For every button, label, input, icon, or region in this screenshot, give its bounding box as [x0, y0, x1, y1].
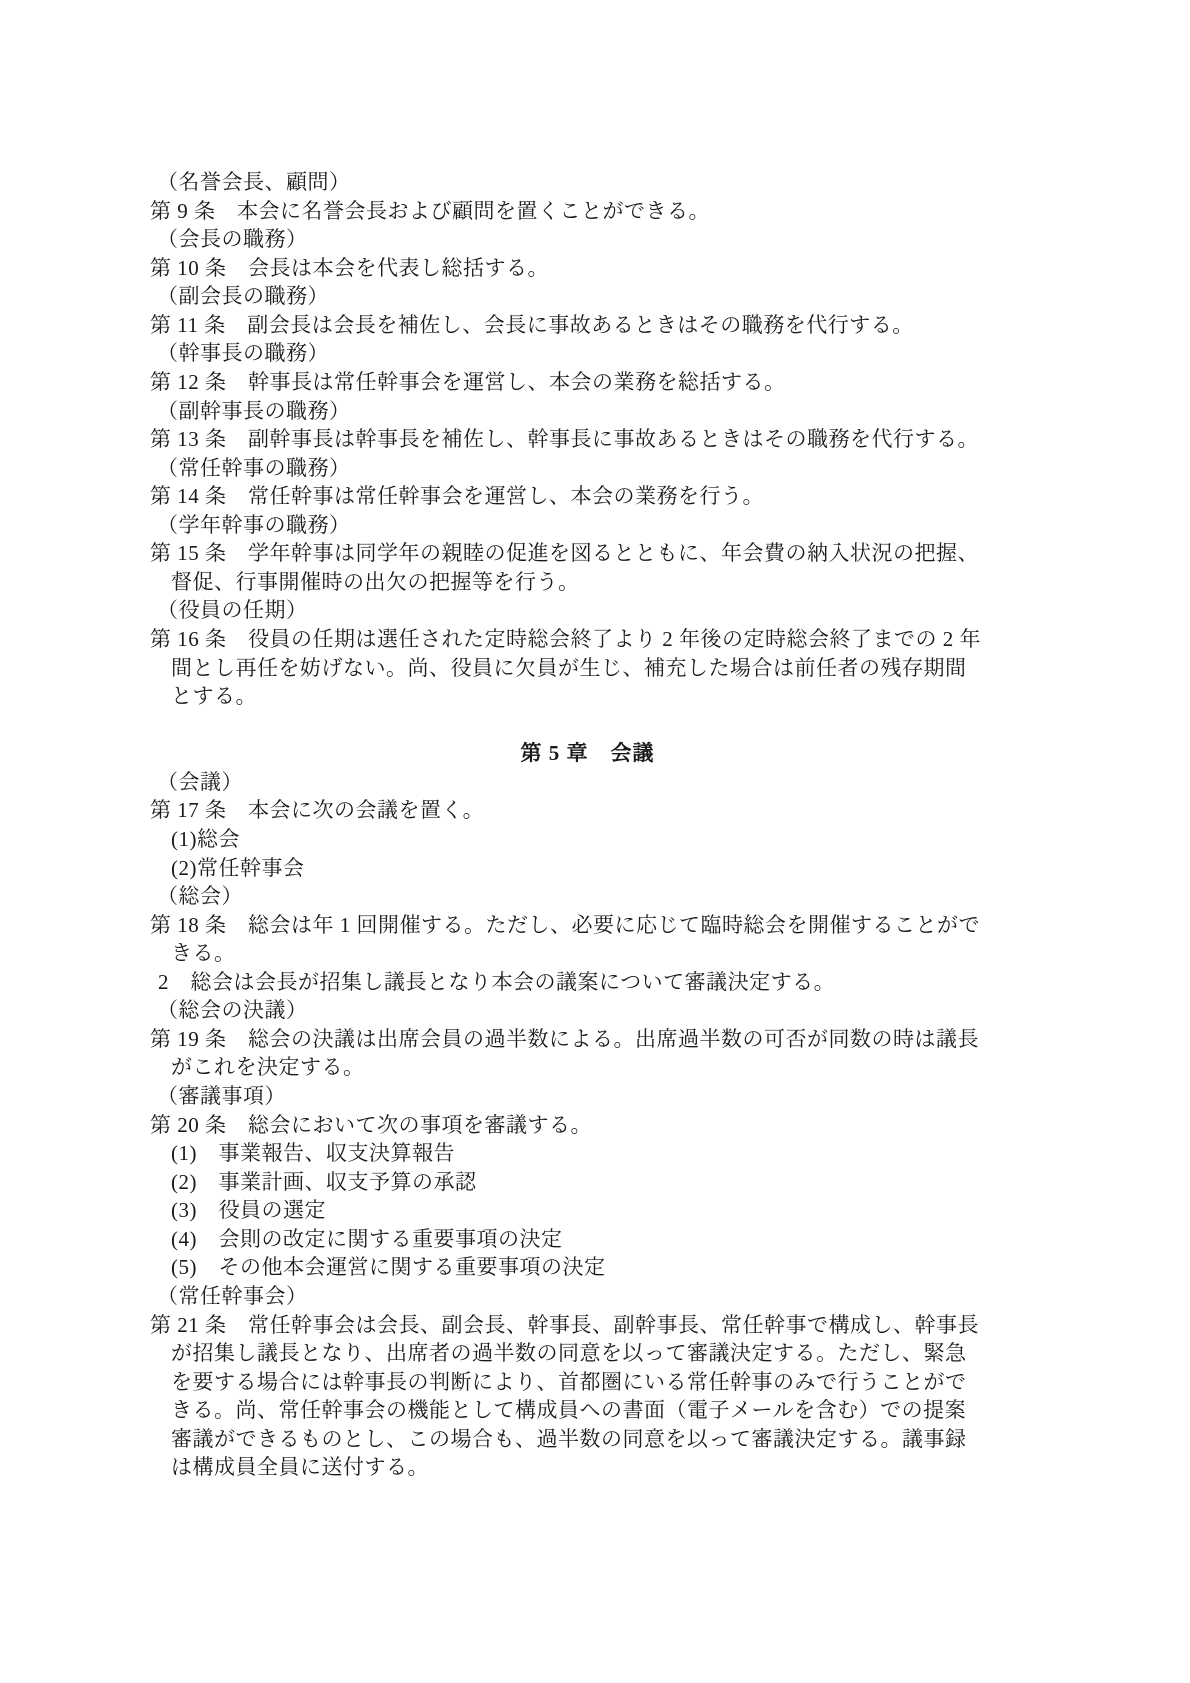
article-line: 第 16 条 役員の任期は選任された定時総会終了より 2 年後の定時総会終了まで…: [150, 625, 1025, 654]
section-label-line: （常任幹事の職務）: [150, 454, 1025, 483]
section-label-line: （会長の職務）: [150, 225, 1025, 254]
continuation-line: とする。: [150, 682, 1025, 711]
continuation-line: きる。尚、常任幹事会の機能として構成員への書面（電子メールを含む）での提案: [150, 1396, 1025, 1425]
section-label-line: （幹事長の職務）: [150, 339, 1025, 368]
section-label-line: （役員の任期）: [150, 596, 1025, 625]
list-item-line: (2)常任幹事会: [150, 854, 1025, 883]
continuation-line: きる。: [150, 939, 1025, 968]
section-label-line: （総会）: [150, 882, 1025, 911]
article-line: 第 19 条 総会の決議は出席会員の過半数による。出席過半数の可否が同数の時は議…: [150, 1025, 1025, 1054]
section-label-line: （名誉会長、顧問）: [150, 168, 1025, 197]
continuation-line: 督促、行事開催時の出欠の把握等を行う。: [150, 568, 1025, 597]
article-line: 第 21 条 常任幹事会は会長、副会長、幹事長、副幹事長、常任幹事で構成し、幹事…: [150, 1311, 1025, 1340]
list-item-line: (3) 役員の選定: [150, 1196, 1025, 1225]
list-item-line: (1)総会: [150, 825, 1025, 854]
article-line: 第 13 条 副幹事長は幹事長を補佐し、幹事長に事故あるときはその職務を代行する…: [150, 425, 1025, 454]
list-item-line: (4) 会則の改定に関する重要事項の決定: [150, 1225, 1025, 1254]
continuation-line: は構成員全員に送付する。: [150, 1453, 1025, 1482]
blank-line: [150, 711, 1025, 740]
document-body: （名誉会長、顧問）第 9 条 本会に名誉会長および顧問を置くことができる。（会長…: [150, 168, 1025, 1482]
article-line: 第 14 条 常任幹事は常任幹事会を運営し、本会の業務を行う。: [150, 482, 1025, 511]
continuation-line: が招集し議長となり、出席者の過半数の同意を以って審議決定する。ただし、緊急: [150, 1339, 1025, 1368]
article-line: 第 20 条 総会において次の事項を審議する。: [150, 1111, 1025, 1140]
article-line: 第 11 条 副会長は会長を補佐し、会長に事故あるときはその職務を代行する。: [150, 311, 1025, 340]
document-page: （名誉会長、顧問）第 9 条 本会に名誉会長および顧問を置くことができる。（会長…: [0, 0, 1190, 1683]
section-label-line: （副幹事長の職務）: [150, 397, 1025, 426]
article-line: 第 12 条 幹事長は常任幹事会を運営し、本会の業務を総括する。: [150, 368, 1025, 397]
list-item-line: (2) 事業計画、収支予算の承認: [150, 1168, 1025, 1197]
section-label-line: （審議事項）: [150, 1082, 1025, 1111]
subclause-line: 2 総会は会長が招集し議長となり本会の議案について審議決定する。: [150, 968, 1025, 997]
article-line: 第 17 条 本会に次の会議を置く。: [150, 796, 1025, 825]
continuation-line: がこれを決定する。: [150, 1053, 1025, 1082]
article-line: 第 15 条 学年幹事は同学年の親睦の促進を図るとともに、年会費の納入状況の把握…: [150, 539, 1025, 568]
section-label-line: （学年幹事の職務）: [150, 511, 1025, 540]
section-label-line: （会議）: [150, 768, 1025, 797]
article-line: 第 18 条 総会は年 1 回開催する。ただし、必要に応じて臨時総会を開催するこ…: [150, 911, 1025, 940]
continuation-line: 間とし再任を妨げない。尚、役員に欠員が生じ、補充した場合は前任者の残存期間: [150, 654, 1025, 683]
section-label-line: （総会の決議）: [150, 996, 1025, 1025]
section-label-line: （副会長の職務）: [150, 282, 1025, 311]
list-item-line: (1) 事業報告、収支決算報告: [150, 1139, 1025, 1168]
article-line: 第 9 条 本会に名誉会長および顧問を置くことができる。: [150, 197, 1025, 226]
section-label-line: （常任幹事会）: [150, 1282, 1025, 1311]
list-item-line: (5) その他本会運営に関する重要事項の決定: [150, 1253, 1025, 1282]
chapter-heading: 第 5 章 会議: [150, 739, 1025, 768]
continuation-line: を要する場合には幹事長の判断により、首都圏にいる常任幹事のみで行うことがで: [150, 1368, 1025, 1397]
continuation-line: 審議ができるものとし、この場合も、過半数の同意を以って審議決定する。議事録: [150, 1425, 1025, 1454]
article-line: 第 10 条 会長は本会を代表し総括する。: [150, 254, 1025, 283]
